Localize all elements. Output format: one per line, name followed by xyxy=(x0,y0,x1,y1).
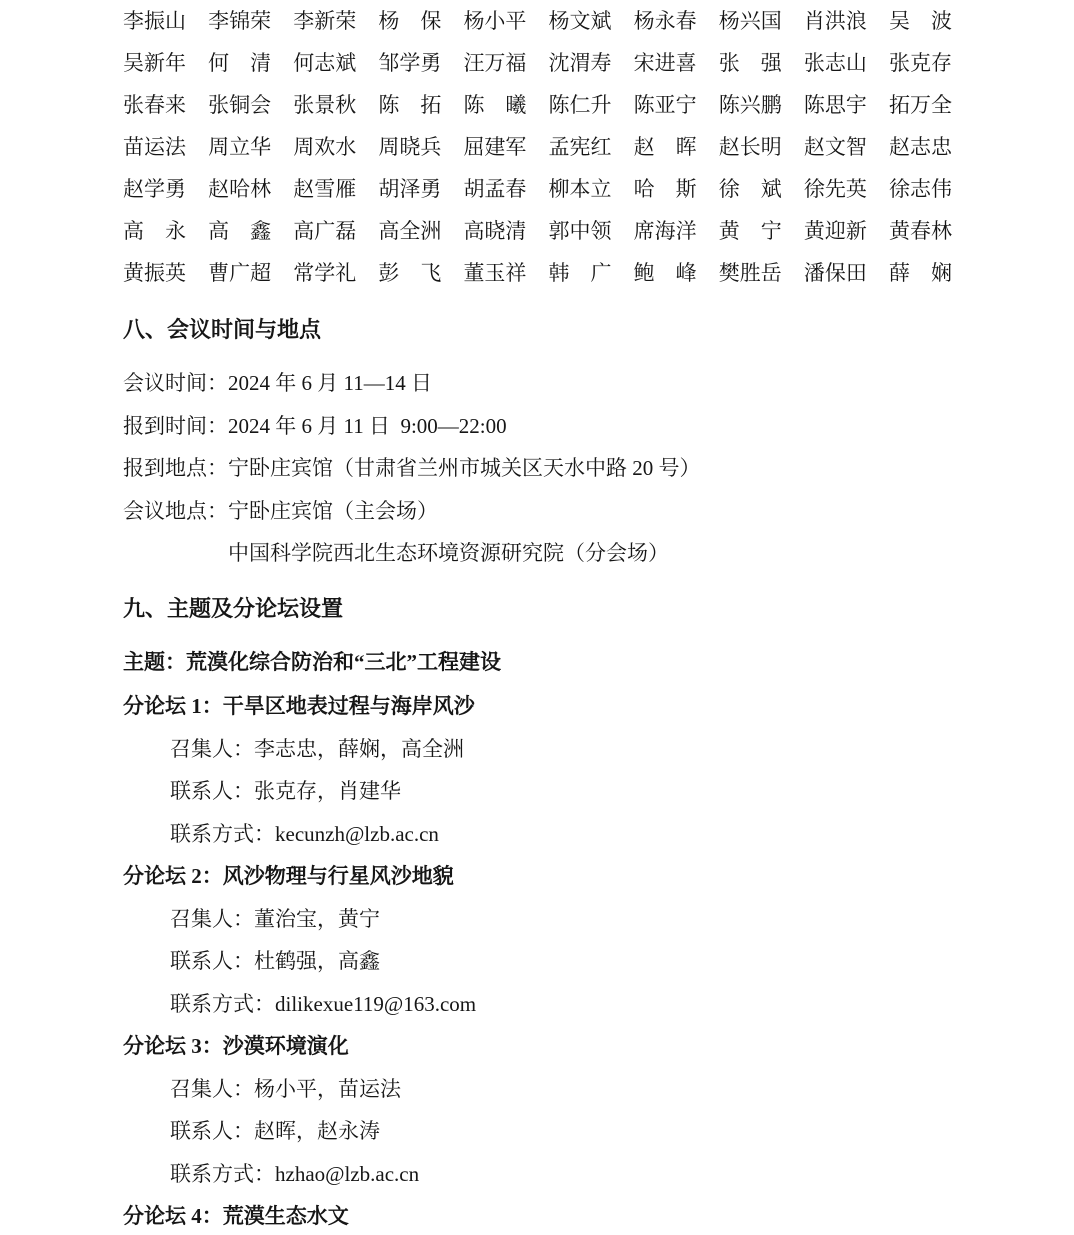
forum-block-1: 分论坛 1：干旱区地表过程与海岸风沙 召集人：李志忠，薛娴，高全洲 联系人：张克… xyxy=(123,685,952,855)
attendee-name: 沈渭寿 xyxy=(549,42,612,84)
attendee-name: 黄振英 xyxy=(123,252,186,294)
checkin-place-line: 报到地点：宁卧庄宾馆（甘肃省兰州市城关区天水中路 20 号） xyxy=(123,447,952,490)
attendee-row: 李振山李锦荣李新荣杨 保杨小平杨文斌杨永春杨兴国肖洪浪吴 波 xyxy=(123,0,952,42)
attendee-row: 高 永高 鑫高广磊高全洲高晓清郭中领席海洋黄 宁黄迎新黄春林 xyxy=(123,210,952,252)
attendee-name: 黄 宁 xyxy=(719,210,782,252)
attendee-name: 孟宪红 xyxy=(549,126,612,168)
attendee-name: 赵长明 xyxy=(719,126,782,168)
document-page: 李振山李锦荣李新荣杨 保杨小平杨文斌杨永春杨兴国肖洪浪吴 波吴新年何 清何志斌邹… xyxy=(0,0,1074,1235)
attendee-name: 陈 拓 xyxy=(378,84,441,126)
attendee-name: 周立华 xyxy=(208,126,271,168)
meeting-time-line: 会议时间：2024 年 6 月 11—14 日 xyxy=(123,362,952,405)
attendee-row: 吴新年何 清何志斌邹学勇汪万福沈渭寿宋进喜张 强张志山张克存 xyxy=(123,42,952,84)
attendee-name: 何志斌 xyxy=(293,42,356,84)
attendee-name: 何 清 xyxy=(208,42,271,84)
attendee-name: 杨 保 xyxy=(378,0,441,42)
forum-3-contacts: 联系人：赵晖，赵永涛 xyxy=(123,1110,952,1153)
attendee-name: 拓万全 xyxy=(889,84,952,126)
attendee-name: 赵哈林 xyxy=(208,168,271,210)
attendee-name: 高 鑫 xyxy=(208,210,271,252)
attendee-name: 肖洪浪 xyxy=(804,0,867,42)
attendee-name: 潘保田 xyxy=(804,252,867,294)
attendee-name: 张春来 xyxy=(123,84,186,126)
forums-section-heading: 九、主题及分论坛设置 xyxy=(123,587,952,630)
attendee-name: 陈兴鹏 xyxy=(719,84,782,126)
attendee-name: 吴新年 xyxy=(123,42,186,84)
attendee-name: 陈亚宁 xyxy=(634,84,697,126)
attendee-name: 陈 曦 xyxy=(463,84,526,126)
attendee-grid: 李振山李锦荣李新荣杨 保杨小平杨文斌杨永春杨兴国肖洪浪吴 波吴新年何 清何志斌邹… xyxy=(123,0,952,294)
forum-2-contacts: 联系人：杜鹤强，高鑫 xyxy=(123,940,952,983)
attendee-row: 黄振英曹广超常学礼彭 飞董玉祥韩 广鲍 峰樊胜岳潘保田薛 娴 xyxy=(123,252,952,294)
attendee-name: 杨文斌 xyxy=(549,0,612,42)
attendee-name: 张铜会 xyxy=(208,84,271,126)
attendee-name: 汪万福 xyxy=(463,42,526,84)
meeting-place-continuation-line: 中国科学院西北生态环境资源研究院（分会场） xyxy=(123,532,952,575)
attendee-name: 徐先英 xyxy=(804,168,867,210)
attendee-row: 张春来张铜会张景秋陈 拓陈 曦陈仁升陈亚宁陈兴鹏陈思宇拓万全 xyxy=(123,84,952,126)
attendee-name: 柳本立 xyxy=(549,168,612,210)
attendee-name: 高全洲 xyxy=(378,210,441,252)
attendee-name: 胡泽勇 xyxy=(378,168,441,210)
attendee-name: 李锦荣 xyxy=(208,0,271,42)
attendee-row: 苗运法周立华周欢水周晓兵屈建军孟宪红赵 晖赵长明赵文智赵志忠 xyxy=(123,126,952,168)
theme-line: 主题：荒漠化综合防治和“三北”工程建设 xyxy=(123,641,952,684)
attendee-name: 常学礼 xyxy=(293,252,356,294)
attendee-name: 陈仁升 xyxy=(549,84,612,126)
attendee-name: 董玉祥 xyxy=(463,252,526,294)
attendee-name: 邹学勇 xyxy=(378,42,441,84)
attendee-name: 赵文智 xyxy=(804,126,867,168)
attendee-name: 高 永 xyxy=(123,210,186,252)
forum-2-contact-info: 联系方式：dilikexue119@163.com xyxy=(123,983,952,1026)
forum-1-contact-info: 联系方式：kecunzh@lzb.ac.cn xyxy=(123,813,952,856)
attendee-name: 吴 波 xyxy=(889,0,952,42)
attendee-name: 张克存 xyxy=(889,42,952,84)
attendee-name: 杨永春 xyxy=(634,0,697,42)
attendee-name: 赵 晖 xyxy=(634,126,697,168)
attendee-name: 陈思宇 xyxy=(804,84,867,126)
forum-1-conveners: 召集人：李志忠，薛娴，高全洲 xyxy=(123,728,952,771)
forum-2-title: 分论坛 2：风沙物理与行星风沙地貌 xyxy=(123,855,952,898)
meeting-section: 八、会议时间与地点 会议时间：2024 年 6 月 11—14 日 报到时间：2… xyxy=(123,308,952,575)
attendee-name: 徐志伟 xyxy=(889,168,952,210)
attendee-name: 黄春林 xyxy=(889,210,952,252)
attendee-row: 赵学勇赵哈林赵雪雁胡泽勇胡孟春柳本立哈 斯徐 斌徐先英徐志伟 xyxy=(123,168,952,210)
attendee-name: 张景秋 xyxy=(293,84,356,126)
attendee-name: 樊胜岳 xyxy=(719,252,782,294)
attendee-name: 薛 娴 xyxy=(889,252,952,294)
attendee-name: 黄迎新 xyxy=(804,210,867,252)
meeting-place-line: 会议地点：宁卧庄宾馆（主会场） xyxy=(123,490,952,533)
attendee-name: 李新荣 xyxy=(293,0,356,42)
forum-block-2: 分论坛 2：风沙物理与行星风沙地貌 召集人：董治宝，黄宁 联系人：杜鹤强，高鑫 … xyxy=(123,855,952,1025)
attendee-name: 张志山 xyxy=(804,42,867,84)
attendee-name: 苗运法 xyxy=(123,126,186,168)
attendee-name: 高晓清 xyxy=(463,210,526,252)
attendee-name: 彭 飞 xyxy=(378,252,441,294)
attendee-name: 高广磊 xyxy=(293,210,356,252)
attendee-name: 胡孟春 xyxy=(463,168,526,210)
attendee-name: 赵学勇 xyxy=(123,168,186,210)
attendee-name: 鲍 峰 xyxy=(634,252,697,294)
forum-3-contact-info: 联系方式：hzhao@lzb.ac.cn xyxy=(123,1153,952,1196)
meeting-section-heading: 八、会议时间与地点 xyxy=(123,308,952,351)
forum-3-title: 分论坛 3：沙漠环境演化 xyxy=(123,1025,952,1068)
attendee-name: 韩 广 xyxy=(549,252,612,294)
forum-1-contacts: 联系人：张克存，肖建华 xyxy=(123,770,952,813)
forum-block-3: 分论坛 3：沙漠环境演化 召集人：杨小平，苗运法 联系人：赵晖，赵永涛 联系方式… xyxy=(123,1025,952,1195)
forums-section: 九、主题及分论坛设置 主题：荒漠化综合防治和“三北”工程建设 分论坛 1：干旱区… xyxy=(123,587,952,1235)
attendee-name: 宋进喜 xyxy=(634,42,697,84)
attendee-name: 周晓兵 xyxy=(378,126,441,168)
forum-4-title: 分论坛 4：荒漠生态水文 xyxy=(123,1195,952,1235)
attendee-name: 席海洋 xyxy=(634,210,697,252)
attendee-name: 赵志忠 xyxy=(889,126,952,168)
attendee-name: 郭中领 xyxy=(549,210,612,252)
attendee-name: 徐 斌 xyxy=(719,168,782,210)
attendee-name: 屈建军 xyxy=(463,126,526,168)
forum-block-4: 分论坛 4：荒漠生态水文 xyxy=(123,1195,952,1235)
attendee-name: 张 强 xyxy=(719,42,782,84)
forum-1-title: 分论坛 1：干旱区地表过程与海岸风沙 xyxy=(123,685,952,728)
checkin-time-line: 报到时间：2024 年 6 月 11 日 9:00—22:00 xyxy=(123,405,952,448)
attendee-name: 杨小平 xyxy=(463,0,526,42)
attendee-name: 李振山 xyxy=(123,0,186,42)
attendee-name: 赵雪雁 xyxy=(293,168,356,210)
attendee-name: 杨兴国 xyxy=(719,0,782,42)
attendee-name: 哈 斯 xyxy=(634,168,697,210)
forum-3-conveners: 召集人：杨小平，苗运法 xyxy=(123,1068,952,1111)
attendee-name: 曹广超 xyxy=(208,252,271,294)
attendee-name: 周欢水 xyxy=(293,126,356,168)
forum-2-conveners: 召集人：董治宝，黄宁 xyxy=(123,898,952,941)
